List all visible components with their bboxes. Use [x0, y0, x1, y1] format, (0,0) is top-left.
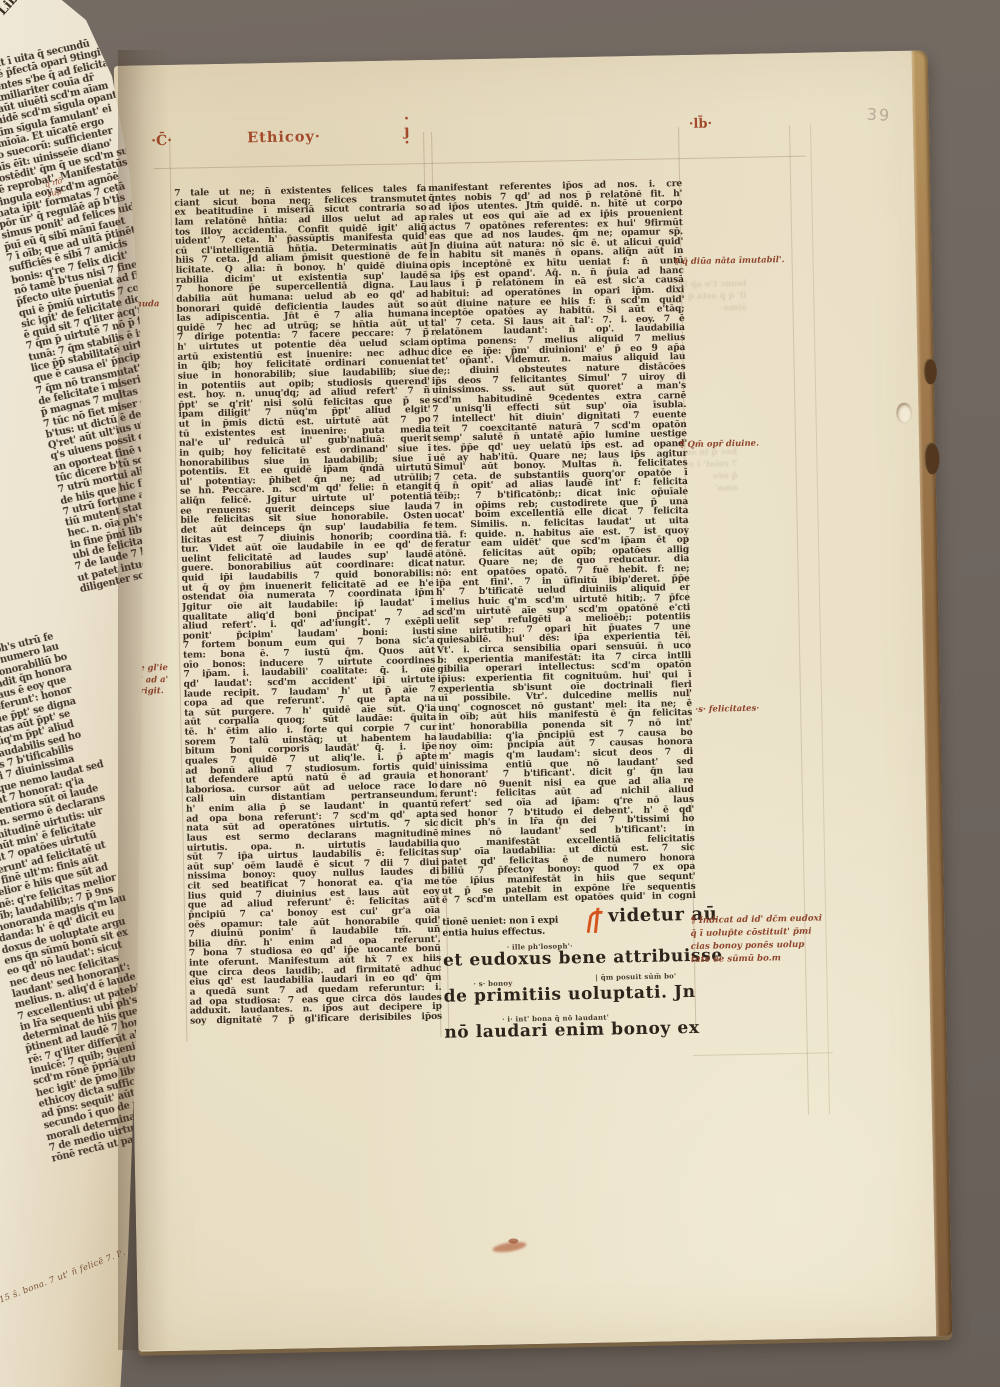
- ruling-line: [810, 125, 830, 1115]
- text-column-right: manifestant referentes ip̄os ad nos. i. …: [428, 179, 696, 906]
- page-fore-edge: [912, 50, 953, 1336]
- manuscript-photograph: Lib' q̄ nō sup' Q'ia aūt ī uita q̄ secun…: [0, 0, 1000, 1387]
- margin-note-eudoxus: ¶ Indicat ad id' dc̄m eudoxiq̄ ī uolup̄t…: [690, 912, 823, 967]
- lemma-large-text: et eudoxus bene attribuisse: [443, 945, 723, 970]
- margin-note-line: cias bonoy ponēs uolup: [691, 938, 823, 954]
- binding-tab: [923, 358, 936, 384]
- margin-note-line: ¶ q̄ diūa nāta īmutabil'.: [674, 255, 785, 269]
- lemma-large-text: nō laudari enim bonoy ex: [444, 1018, 700, 1043]
- binding-tab: [924, 442, 940, 474]
- facing-page-corner-text: Lib': [0, 0, 24, 19]
- margin-note-opera-divine: ¶ Qm̄ opr̄ diuine.: [679, 439, 759, 452]
- folio-number: 39: [866, 105, 891, 125]
- margin-note-divine-nature: ¶ q̄ diūa nāta īmutabil'.: [674, 255, 785, 269]
- ruling-line: [789, 125, 809, 1115]
- margin-note-line: ¶ Qm̄ opr̄ diuine.: [679, 439, 759, 452]
- interlinear-gloss: | q̄m posuit sūm̄ bo': [595, 971, 676, 982]
- manuscript-page-folio-39: ·C̄· Ethicoy· ȷ ·lb̄· 39 launc t'o ap̄ h…: [114, 50, 953, 1351]
- header-left-mark: ·C̄·: [151, 133, 172, 149]
- facing-page: Lib' q̄ nō sup' Q'ia aūt ī uita q̄ secun…: [0, 0, 148, 1387]
- margin-note-line: ·s· felicitates·: [695, 704, 759, 717]
- margin-note-line: tatē ee sūmū bo.m: [691, 951, 823, 967]
- text-column-left: 7 tale ut ne; n̄ existentes felices tale…: [174, 184, 442, 1026]
- lemma-large-text: de primitiis uoluptati. Jn: [443, 982, 695, 1007]
- commentary-line: entia huius effectus.: [442, 926, 545, 939]
- ruling-line: [154, 156, 806, 170]
- red-paraph-initial: [588, 908, 603, 933]
- running-title: Ethicoy·: [247, 128, 321, 146]
- header-book-numeral: ȷ: [404, 116, 410, 146]
- margin-note-felicitas: ·s· felicitates·: [695, 704, 759, 717]
- parchment-hole: [896, 403, 911, 423]
- ruling-line: [693, 1052, 833, 1056]
- header-liber-mark: ·lb̄·: [689, 116, 712, 131]
